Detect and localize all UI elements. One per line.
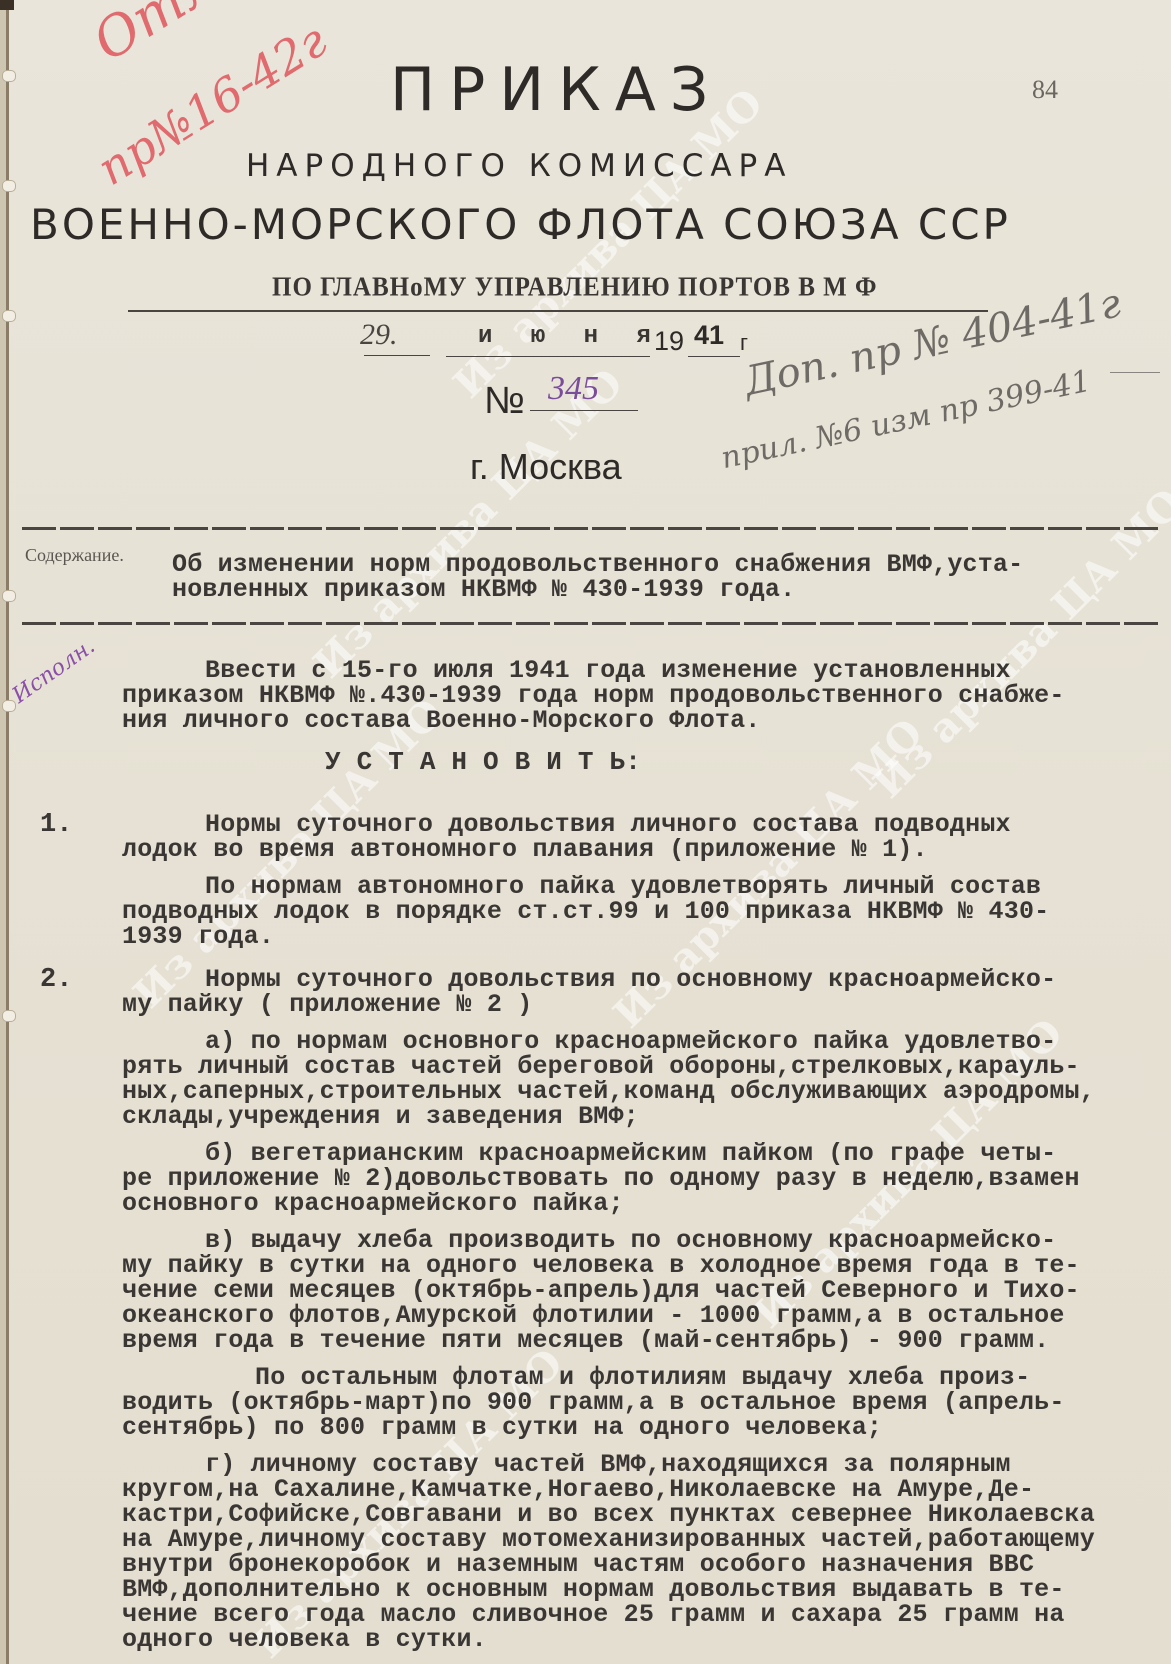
purple-margin-note: Исполн. [8,634,100,709]
item-line: чение всего года масло сливочное 25 грам… [122,1602,1065,1627]
content-top-divider [22,527,1162,530]
intro-line: ния личного состава Военно-Морского Флот… [122,708,761,733]
stitch-hole [2,310,16,322]
intro-line: Ввести с 15-го июля 1941 года изменение … [205,658,1011,683]
item-line: По остальным флотам и флотилиям выдачу х… [255,1365,1030,1390]
item-line: в) выдачу хлеба производить по основному… [205,1228,1056,1253]
document-title: ПРИКАЗ [390,55,722,125]
item-line: внутри бронекоробок и наземным частям ос… [122,1552,1034,1577]
item-line: подводных лодок в порядке ст.ст.99 и 100… [122,899,1049,924]
item-line: му пайку в сутки на одного человека в хо… [122,1253,1080,1278]
intro-line: приказом НКВМФ №.430-1939 года норм прод… [122,683,1065,708]
order-number-value: 345 [548,370,599,408]
content-label: Содержание. [25,545,124,566]
pencil-stroke [1110,372,1160,373]
item-line: одного человека в сутки. [122,1627,487,1652]
item-line: му пайку ( приложение № 2 ) [122,992,532,1017]
date-year-prefix: 19 [654,326,684,357]
item-line: По нормам автономного пайка удовлетворят… [205,874,1041,899]
stitch-hole [2,70,16,82]
content-line: Об изменении норм продовольственного сна… [172,552,1023,577]
city: г. Москва [470,446,622,488]
header-divider [128,310,988,312]
item-line: водить (октябрь-март)по 900 грамм,а в ос… [122,1390,1065,1415]
item-line: рять личный состав частей береговой обор… [122,1054,1080,1079]
page-number: 84 [1032,75,1058,105]
watermark: Из архива ЦА МО [304,360,632,688]
issuer-line-1: НАРОДНОГО КОМИССАРА [246,148,792,184]
item-line: на Амуре,личному составу мотомеханизиров… [122,1527,1095,1552]
item-line: г) личному составу частей ВМФ,находящихс… [205,1452,1011,1477]
item-line: б) вегетарианским красноармейским пайком… [205,1141,1056,1166]
date-day: 29. [360,318,398,352]
date-year-suffix: г [740,330,748,356]
item-line: основного красноармейского пайка; [122,1191,624,1216]
section-heading: У С Т А Н О В И Т Ь: [325,750,641,775]
stitch-hole [2,180,16,192]
date-month: и ю н я [478,323,663,350]
issuer-line-2: ВОЕННО-МОРСКОГО ФЛОТА СОЮЗА ССР [30,200,1011,249]
item-line: время года в течение пяти месяцев (май-с… [122,1328,1049,1353]
date-year: 41 [694,320,724,351]
order-number-underline [530,410,638,411]
item-line: Нормы суточного довольствия личного сост… [205,812,1011,837]
content-line: новленных приказом НКВМФ № 430-1939 года… [172,577,795,602]
item-line: склады,учреждения и заведения ВМФ; [122,1104,639,1129]
date-month-underline [446,356,650,357]
order-number-label: № [484,380,525,423]
item-line: сентябрь) по 800 грамм в сутки на одного… [122,1415,882,1440]
item-line: океанского флотов,Амурской флотилии - 10… [122,1303,1065,1328]
department-line: ПО ГЛАВНоМУ УПРАВЛЕНИЮ ПОРТОВ В М Ф [272,273,877,304]
date-day-underline [364,355,430,356]
item-line: ВМФ,дополнительно к основным нормам дово… [122,1577,1065,1602]
item-number: 1. [40,810,72,840]
item-number: 2. [40,965,72,995]
content-bottom-divider [22,622,1162,625]
item-line: лодок во время автономного плавания (при… [122,837,928,862]
item-line: чение семи месяцев (октябрь-апрель)для ч… [122,1278,1080,1303]
binding-thread [6,0,9,1664]
item-line: ре приложение № 2)довольствовать по одно… [122,1166,1080,1191]
document-page: Из архива ЦА МО Из архива ЦА МО Из архив… [0,0,1171,1664]
item-line: 1939 года. [122,924,274,949]
page-corner [0,0,14,10]
stitch-hole [2,1010,16,1022]
item-line: ных,саперных,строительных частей,команд … [122,1079,1095,1104]
date-year-underline [688,356,740,357]
item-line: кастри,Софийске,Совгавани и во всех пунк… [122,1502,1095,1527]
item-line: кругом,на Сахалине,Камчатке,Ногаево,Нико… [122,1477,1034,1502]
stitch-hole [2,590,16,602]
stitch-hole [2,700,16,712]
item-line: а) по нормам основного красноармейского … [205,1029,1056,1054]
item-line: Нормы суточного довольствия по основному… [205,967,1056,992]
